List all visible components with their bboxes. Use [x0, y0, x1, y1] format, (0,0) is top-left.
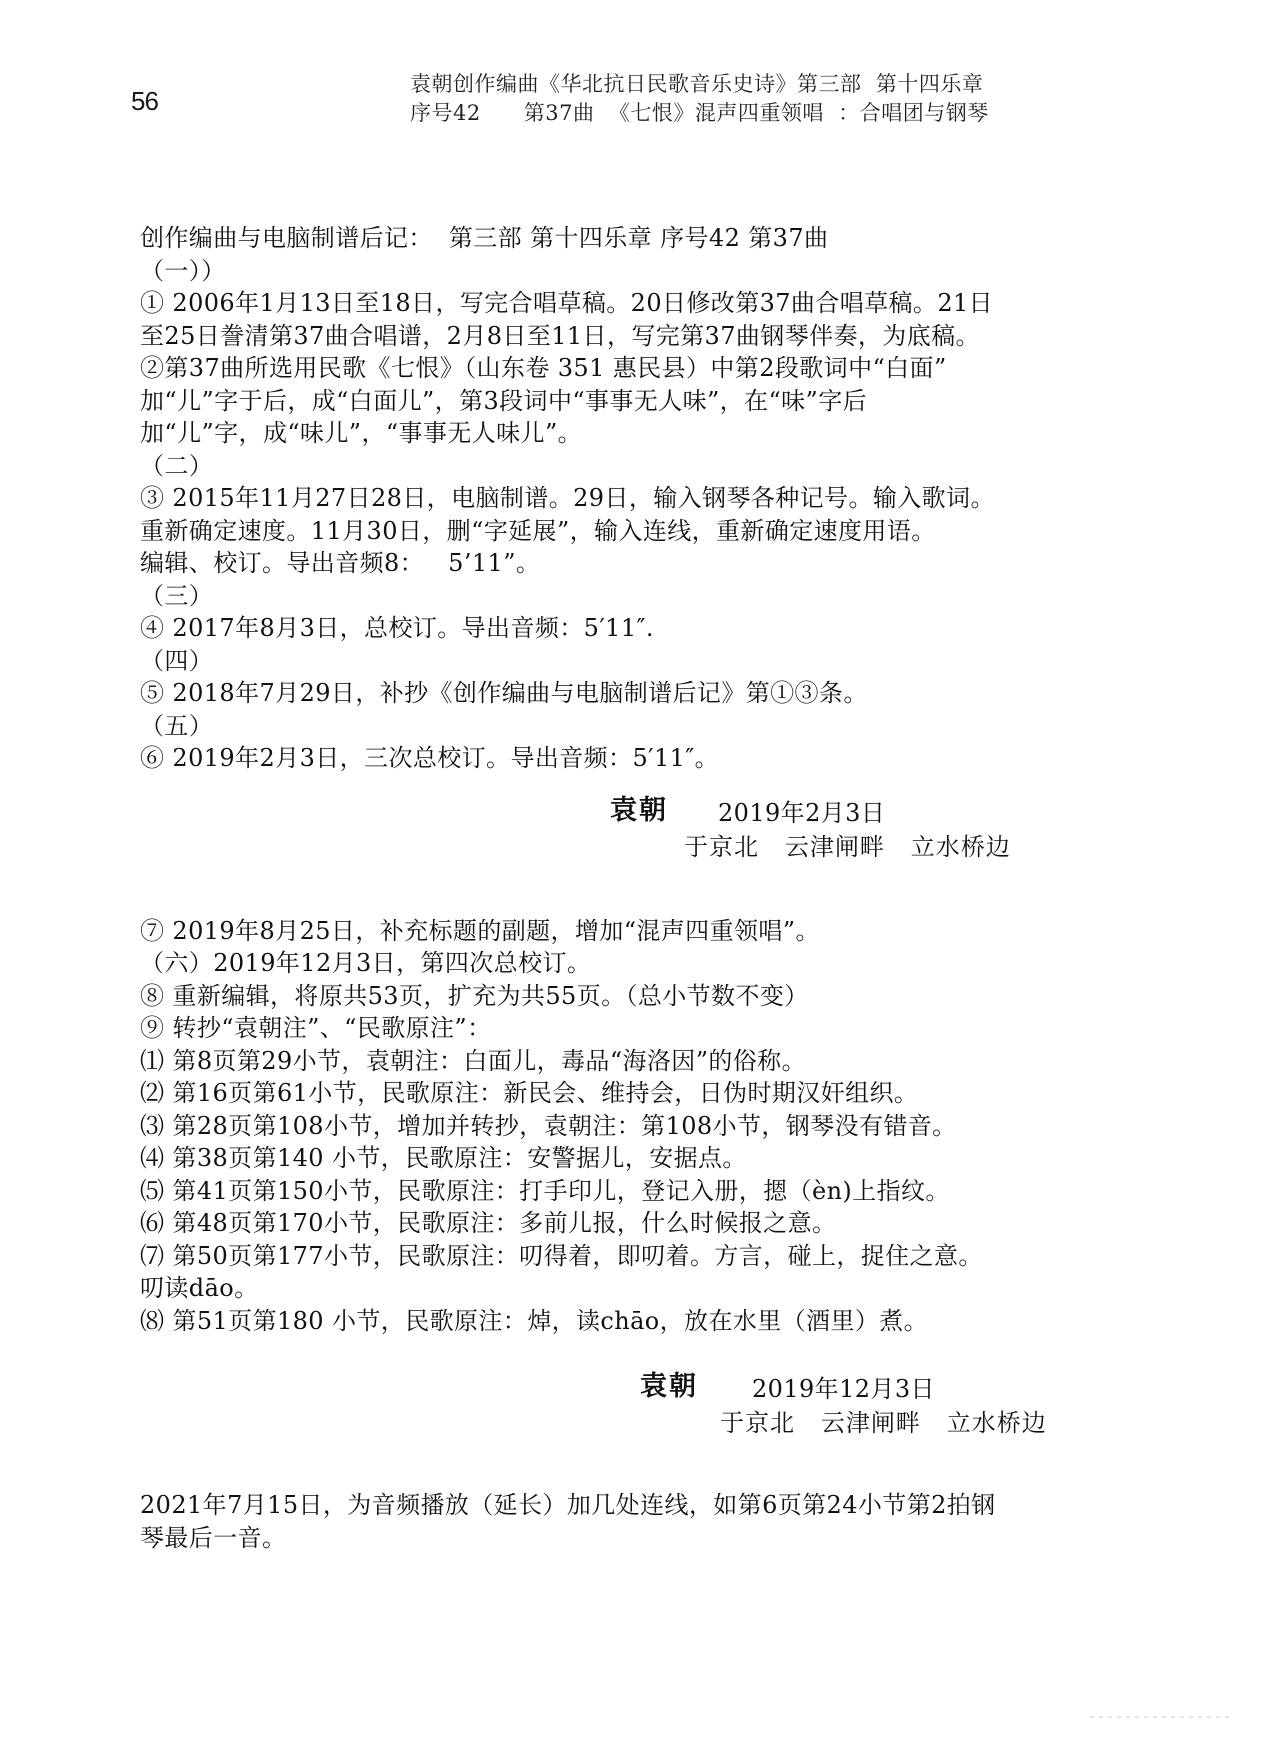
note-item: ⑶ 第28页第108小节，增加并转抄，袁朝注：第108小节，钢琴没有错音。 — [140, 1110, 1110, 1143]
signature-place: 于京北 云津闸畔 立水桥边 — [684, 831, 1011, 864]
section-heading: （一）） — [140, 255, 1110, 288]
section-line: 至25日誊清第37曲合唱谱，2月8日至11日，写完第37曲钢琴伴奏，为底稿。 — [140, 320, 1110, 353]
signature-place: 于京北 云津闸畔 立水桥边 — [720, 1407, 1047, 1440]
note-item: ⑺ 第50页第177小节，民歌原注：叨得着，即叨着。方言，碰上，捉住之意。 — [140, 1240, 1110, 1273]
note-item: ⑹ 第48页第170小节，民歌原注：多前儿报，什么时候报之意。 — [140, 1207, 1110, 1240]
afterword-title: 创作编曲与电脑制谱后记： 第三部 第十四乐章 序号42 第37曲 — [140, 222, 1110, 255]
note-item-continued: 叨读dāo。 — [140, 1272, 1110, 1305]
section-heading: （五） — [140, 710, 1110, 743]
section-line: ① 2006年1月13日至18日，写完合唱草稿。20日修改第37曲合唱草稿。21… — [140, 287, 1110, 320]
page-number: 56 — [131, 86, 158, 117]
afterword-body: 创作编曲与电脑制谱后记： 第三部 第十四乐章 序号42 第37曲 （一）） ① … — [140, 222, 1110, 1554]
signature-block: 袁朝 2019年2月3日 于京北 云津闸畔 立水桥边 — [140, 795, 1110, 915]
note-item: ⑵ 第16页第61小节，民歌原注：新民会、维持会，日伪时期汉奸组织。 — [140, 1077, 1110, 1110]
note-item: ⑷ 第38页第140 小节，民歌原注：安警据儿，安据点。 — [140, 1142, 1110, 1175]
final-note-line: 琴最后一音。 — [140, 1522, 1110, 1555]
running-header: 袁朝创作编曲《华北抗日民歌音乐史诗》第三部 第十四乐章 序号42 第37曲 《七… — [410, 70, 989, 128]
note-item: ⑻ 第51页第180 小节，民歌原注：焯，读chāo，放在水里（酒里）煮。 — [140, 1305, 1110, 1338]
scan-artifact — [1090, 1716, 1230, 1718]
section-line: ⑨ 转抄“袁朝注”、“民歌原注”： — [140, 1012, 1110, 1045]
section-line: 编辑、校订。导出音频8： 5’11”。 — [140, 547, 1110, 580]
section-heading: （二） — [140, 450, 1110, 483]
signature-block: 袁朝 2019年12月3日 于京北 云津闸畔 立水桥边 — [140, 1371, 1110, 1489]
header-line-1: 袁朝创作编曲《华北抗日民歌音乐史诗》第三部 第十四乐章 — [410, 70, 989, 99]
signature-date: 2019年2月3日 — [718, 797, 885, 830]
signature-name: 袁朝 — [640, 1371, 698, 1404]
header-line-2: 序号42 第37曲 《七恨》混声四重领唱 ：合唱团与钢琴 — [410, 99, 989, 128]
final-note-line: 2021年7月15日，为音频播放（延长）加几处连线，如第6页第24小节第2拍钢 — [140, 1489, 1110, 1522]
section-line: 加“儿”字于后，成“白面儿”，第3段词中“事事无人味”，在“味”字后 — [140, 385, 1110, 418]
section-line: ④ 2017年8月3日，总校订。导出音频：5′11″. — [140, 612, 1110, 645]
section-line: ⑤ 2018年7月29日，补抄《创作编曲与电脑制谱后记》第①③条。 — [140, 677, 1110, 710]
section-heading: （三） — [140, 580, 1110, 613]
section-heading-line: （六）2019年12月3日，第四次总校订。 — [140, 947, 1110, 980]
note-item: ⑴ 第8页第29小节，袁朝注：白面儿，毒品“海洛因”的俗称。 — [140, 1045, 1110, 1078]
section-line: ⑦ 2019年8月25日，补充标题的副题，增加“混声四重领唱”。 — [140, 915, 1110, 948]
section-line: 加“儿”字，成“味儿”，“事事无人味儿”。 — [140, 417, 1110, 450]
signature-name: 袁朝 — [610, 795, 668, 828]
signature-date: 2019年12月3日 — [752, 1373, 935, 1406]
note-item: ⑸ 第41页第150小节，民歌原注：打手印儿，登记入册，摁（èn)上指纹。 — [140, 1175, 1110, 1208]
section-line: ②第37曲所选用民歌《七恨》（山东卷 351 惠民县）中第2段歌词中“白面” — [140, 352, 1110, 385]
section-line: 重新确定速度。11月30日，删“字延展”，输入连线，重新确定速度用语。 — [140, 515, 1110, 548]
section-line: ⑥ 2019年2月3日，三次总校订。导出音频：5′11″。 — [140, 742, 1110, 775]
section-heading: （四） — [140, 645, 1110, 678]
section-line: ⑧ 重新编辑，将原共53页，扩充为共55页。（总小节数不变） — [140, 980, 1110, 1013]
section-line: ③ 2015年11月27日28日，电脑制谱。29日，输入钢琴各种记号。输入歌词。 — [140, 482, 1110, 515]
